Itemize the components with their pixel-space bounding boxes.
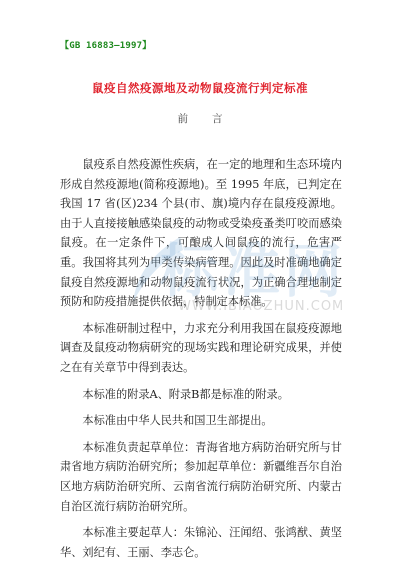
standard-code: 【GB 16883—1997】	[60, 38, 151, 51]
paragraph: 本标准的附录A、附录B都是标准的附录。	[60, 385, 342, 405]
document-title: 鼠疫自然疫源地及动物鼠疫流行判定标准	[0, 80, 400, 96]
document-body: 鼠疫系自然疫源性疾病，在一定的地理和生态环境内形成自然疫源地(简称疫源地)。至 …	[60, 155, 342, 566]
section-heading: 前言	[0, 111, 400, 126]
paragraph: 鼠疫系自然疫源性疾病，在一定的地理和生态环境内形成自然疫源地(简称疫源地)。至 …	[60, 155, 342, 312]
paragraph: 本标准负责起草单位：青海省地方病防治研究所与甘肃省地方病防治研究所；参加起草单位…	[60, 438, 342, 516]
paragraph: 本标准研制过程中，力求充分利用我国在鼠疫疫源地调查及鼠疫动物病研究的现场实践和理…	[60, 319, 342, 378]
paragraph: 本标准主要起草人：朱锦沁、汪闻绍、张鸿猷、黄坚华、刘纪有、王丽、李志仑。	[60, 523, 342, 562]
paragraph: 本标准由中华人民共和国卫生部提出。	[60, 411, 342, 431]
